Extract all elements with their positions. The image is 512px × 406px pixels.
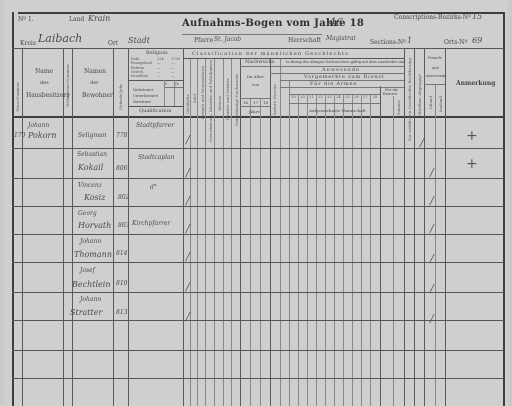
col-line [289,80,290,406]
classification-title: Classification der männlichen Geschlecht… [192,51,349,57]
header-sub-line [240,66,270,67]
fremde-2: und [432,66,439,70]
fuer-armee-header: Für die Armee [310,81,357,87]
age-cell: 23 [325,95,334,99]
tick-mark: / [186,310,190,323]
row-line [12,378,504,379]
geburtsjahr: 810 [116,280,127,287]
jahre-label: Jahre [249,109,260,114]
col-line [343,94,344,406]
header-sub-line [424,84,445,85]
year-value: 46 [329,16,343,29]
nachwuchs-header: Nachwuchs [245,59,274,65]
qualification: d° [150,184,157,191]
stand-bottom-line [128,106,183,107]
row-line [12,148,504,149]
reserve-title: In Bezug des übrigen Nachwuchses gültig … [286,60,405,64]
summe-header: Summe [396,100,401,115]
col-line [393,96,394,406]
namen-header-1: Namen [84,68,106,75]
col-line [361,94,362,406]
col-line [260,98,261,406]
bewohner-nachname: Horvath [78,221,111,230]
haus-nummer: 170 [14,132,25,139]
land-value: Krain [88,14,110,23]
row-line [12,350,504,351]
kreis-value: Laibach [38,32,82,45]
geburtsjahr-header: Geburts-Jahr [118,84,123,110]
rubrik-nachwuchs: Unterthänige Nachwuchs [234,74,239,126]
frame-right-line [503,12,505,406]
kreis-label: Kreis [20,40,36,47]
mittelbar-header: Mittelbar, Abgängige [417,74,422,117]
reserve-ages-row: 19 20 21 22 23 24 25 26 27 28 [289,95,380,99]
name-header-3: Hausbesitzers [26,92,69,99]
hausbesitzer-nachname: Pokorn [28,131,57,140]
col-line [380,86,381,406]
col-line [240,58,241,406]
col-line [205,58,206,406]
col-line [325,94,326,406]
tick-mark: / [430,312,434,325]
stand-row-2: Unverheiratet [133,94,158,98]
geburtsjahr: 802 [118,194,129,201]
land-label: Land [69,16,84,23]
geburtsjahr: 814 [116,250,127,257]
age-cell: 22 [316,95,325,99]
tick-mark: / [430,282,434,295]
stand-col-1: ℓ [165,81,167,86]
stand-col-2: ℓℓ [175,81,179,86]
orts-value: 69 [472,36,482,45]
col-line [404,48,405,406]
bewohner-nachname: Kokail [78,163,103,172]
religion-table: Kath.2241700 Evangelisch—— Reform.—— Gri… [131,57,181,78]
bewohner-vorname: Georg [78,210,97,217]
fremde-1: Fremde [428,56,442,60]
age-cell: 26 [352,95,361,99]
table-top-line [12,48,504,49]
anmerkung-header: Anmerkung [456,80,495,87]
age-cell: 21 [307,95,316,99]
geburtsjahr: 803 [118,222,129,229]
rubrik-beamte: Beamte und Honoratioren [200,66,205,119]
rubrik-gewerbsleute: Gewerbsleute, Künstler und Fabrikanten [208,60,213,143]
hausbesitzer-vorname: Johann [28,122,49,129]
stand-row-line [164,87,183,88]
tick-mark: / [420,136,424,149]
anmerkung-cross: + [466,156,478,172]
ort-label: Ort [108,40,118,47]
col-line [316,94,317,406]
age-17: 17 [253,100,258,105]
religion-row: Israeliten—— [131,74,181,78]
sheet-number: Nº 1. [18,16,34,23]
col-line [63,48,64,406]
conscription-label: Conscriptions-Bezirks-Nº [394,14,471,21]
name-header-1: Name [35,68,53,75]
bewohner-vorname: Johann [80,296,101,303]
tick-mark: / [186,250,190,263]
sections-label: Sections-Nº [370,39,406,46]
rubrik-haeusler: Häusler und Gärtner [225,78,230,120]
bewohner-nachname: Stratter [70,308,102,317]
im-alter-label: Im Alter [247,74,264,79]
tick-mark: / [430,194,434,207]
fremde-3: Abwesende [426,74,446,78]
tick-mark: / [430,252,434,265]
pfarre-label: Pfarre [194,37,213,44]
col-line [231,58,232,406]
tick-mark: / [186,280,190,293]
rubrik-geistliche: Geistliche [185,94,190,114]
rubrik-adel: Adel [192,94,197,103]
qualification: Stadtcaplan [138,154,175,161]
col-line [435,84,436,406]
col-line [424,48,425,406]
col-line [197,58,198,406]
age-cell: 24 [334,95,343,99]
col-line [334,94,335,406]
bewohner-nachname: Thomann [74,250,112,259]
stand-row-3: Verwitwet [133,100,151,104]
col-line [190,58,191,406]
col-line [22,48,23,406]
vorgemerkt-header: Vorgemerkte zum Dienst [304,74,385,80]
anmerkung-cross: + [466,128,478,144]
pfarre-value: St. Jacob [214,36,241,43]
tick-mark: / [186,133,190,146]
andere-zwecke-header: Andere Zwecke [272,84,277,116]
header-sub-line [289,103,380,104]
qualification: Stadtpfarrer [136,122,174,129]
stand-row-1: Verheiratet [133,88,153,92]
header-bottom-line [12,116,504,118]
anwesende-header: Anwesende [322,67,360,73]
col-line [214,58,215,406]
col-line [113,48,114,406]
age-cell: 25 [343,95,352,99]
header-sub-line [240,106,270,107]
fuer-reserve-2: Reserve [383,92,397,96]
haus-nummer-header: Haus-Nummer [15,82,20,112]
wohnpartei-header: Wohnpartei-Nummer [65,64,70,107]
qualification-header: Qualification [139,108,171,114]
bewohner-nachname: Bechtlein [72,280,110,289]
census-sheet: Nº 1. Land Krain Aufnahms-Bogen vom Jahr… [4,0,508,406]
classification-header-line [183,58,404,59]
col-line [280,58,281,406]
bewohner-nachname: Seligman [78,132,106,139]
col-line [183,48,184,406]
age-16: 16 [243,100,248,105]
inland-header: Inland [428,96,433,109]
col-line [72,48,73,406]
age-cell: 27 [361,95,370,99]
herrschaft-label: Herrschaft [288,37,321,44]
col-line [223,58,224,406]
age-cell: 20 [298,95,307,99]
col-line [352,94,353,406]
col-line [414,48,415,406]
aufgezeichnete-header: Aufgezeichnete Mannschaft [309,108,366,113]
qualification: Kirchpfarrer [132,220,170,227]
col-line [298,94,299,406]
weiblich-header: Zur weiblichen Geschlechts Bevölkerung [407,58,412,141]
tick-mark: / [186,166,190,179]
col-line [250,98,251,406]
geburtsjahr: 813 [116,309,127,316]
tick-mark: / [430,166,434,179]
ausland-header: Ausland [438,96,443,112]
geburtsjahr: 778 [116,132,127,139]
tick-mark: / [186,194,190,207]
col-line [370,94,371,406]
geburtsjahr: 806 [116,165,127,172]
age-cell: 19 [289,95,298,99]
conscription-value: 15 [472,12,482,21]
orts-label: Orts-Nº [444,39,467,46]
von-label: von [252,82,259,87]
namen-header-2: der [90,80,99,86]
tick-mark: / [430,222,434,235]
name-header-2: des [40,80,49,86]
namen-header-3: Bewohner [82,92,113,99]
herrschaft-value: Magistrat [326,35,356,42]
header-sub-line [240,98,270,99]
rubrik-bauern: Bauern [217,96,222,111]
age-cell: 28 [370,95,380,99]
religion-title: Religion: [146,50,169,56]
sections-value: 1 [407,36,412,45]
frame-left-line [12,12,14,406]
col-line [270,58,271,406]
bewohner-vorname: Vincenz [78,182,102,189]
title-underline [182,34,322,35]
bewohner-nachname: Kosiz [84,193,105,202]
age-18: 18 [263,100,268,105]
col-line [445,48,446,406]
col-line [307,94,308,406]
ort-value: Stadt [128,36,150,45]
tick-mark: / [186,222,190,235]
bewohner-vorname: Josef [80,267,95,274]
bewohner-vorname: Johann [80,238,101,245]
bewohner-vorname: Sebastian [77,151,107,158]
